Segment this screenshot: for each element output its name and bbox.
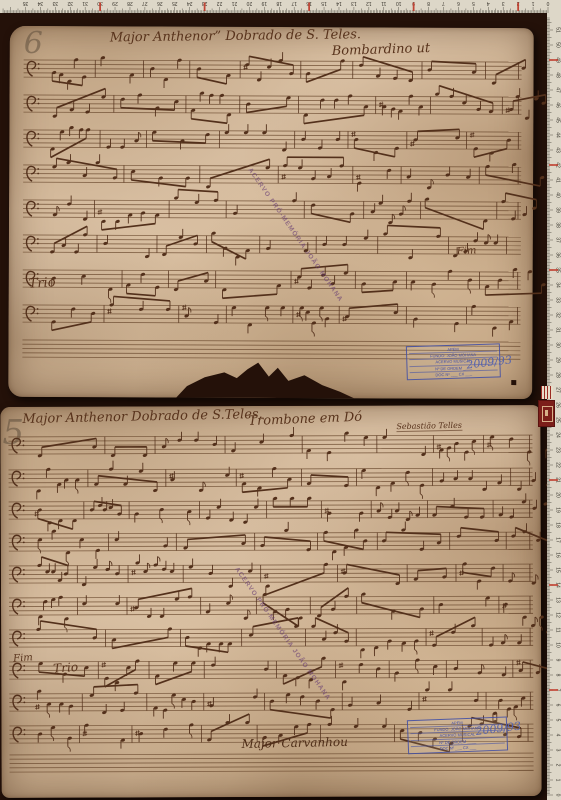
manuscript-page-bottom: 5 Major Anthenor Dobrado de S.Teles. Tro… [0, 405, 541, 798]
staff-system [6, 426, 534, 462]
ink-dot [511, 380, 516, 385]
svg-text:22: 22 [217, 0, 223, 6]
staff-system [7, 651, 535, 687]
svg-text:28: 28 [127, 0, 133, 6]
svg-text:25: 25 [172, 0, 178, 6]
svg-text:2: 2 [555, 764, 561, 767]
svg-text:8: 8 [555, 674, 561, 677]
top-ruler: 0123456789101112131415161718192021222324… [0, 0, 561, 13]
svg-text:40: 40 [555, 192, 561, 198]
svg-text:28: 28 [555, 372, 561, 378]
svg-text:46: 46 [555, 102, 561, 108]
svg-text:10: 10 [396, 0, 402, 6]
svg-text:37: 37 [555, 237, 561, 243]
page-title: Major Anthenor” Dobrado de S. Teles. [110, 27, 361, 45]
staff-system [7, 459, 535, 495]
svg-text:7: 7 [442, 0, 445, 6]
svg-text:34: 34 [37, 0, 43, 6]
svg-text:8: 8 [427, 0, 430, 6]
svg-text:13: 13 [555, 597, 561, 603]
svg-text:6: 6 [555, 704, 561, 707]
svg-text:17: 17 [291, 0, 297, 6]
svg-text:29: 29 [112, 0, 118, 6]
svg-text:4: 4 [487, 0, 490, 6]
svg-text:38: 38 [555, 222, 561, 228]
svg-text:1: 1 [531, 0, 534, 6]
svg-text:18: 18 [555, 522, 561, 528]
fim-label: Fim [456, 245, 476, 257]
svg-text:19: 19 [261, 0, 267, 6]
svg-text:51: 51 [555, 27, 561, 33]
svg-text:39: 39 [555, 207, 561, 213]
svg-text:33: 33 [52, 0, 58, 6]
svg-text:15: 15 [555, 567, 561, 573]
svg-text:20: 20 [246, 0, 252, 6]
trio-label: Trio [53, 660, 79, 676]
svg-text:50: 50 [555, 42, 561, 48]
svg-text:18: 18 [276, 0, 282, 6]
svg-text:10: 10 [555, 642, 561, 648]
svg-text:16: 16 [555, 552, 561, 558]
staff-system [7, 555, 535, 591]
svg-text:23: 23 [555, 447, 561, 453]
svg-text:44: 44 [555, 132, 561, 138]
svg-text:34: 34 [555, 282, 561, 288]
svg-text:0: 0 [546, 0, 549, 6]
footer-signature: Major Carvanhou [241, 735, 348, 751]
logo-emblem [538, 400, 555, 427]
svg-text:30: 30 [555, 342, 561, 348]
svg-text:3: 3 [555, 749, 561, 752]
logo-barcode [541, 386, 553, 399]
staff-system [7, 491, 535, 527]
music-staves [0, 405, 540, 407]
svg-text:22: 22 [555, 462, 561, 468]
svg-text:11: 11 [381, 0, 386, 6]
svg-text:4: 4 [555, 734, 561, 737]
manuscript-page-top: 6 Major Anthenor” Dobrado de S. Teles. B… [8, 26, 534, 399]
svg-text:14: 14 [336, 0, 342, 6]
svg-text:15: 15 [321, 0, 327, 6]
svg-text:17: 17 [555, 537, 561, 543]
svg-text:12: 12 [366, 0, 372, 6]
svg-text:19: 19 [555, 507, 561, 513]
svg-text:13: 13 [351, 0, 357, 6]
svg-text:21: 21 [231, 0, 237, 6]
svg-text:48: 48 [555, 72, 561, 78]
staff-system [20, 296, 522, 332]
svg-text:43: 43 [555, 147, 561, 153]
fim-label: Fim [13, 652, 33, 664]
svg-text:9: 9 [555, 659, 561, 662]
svg-text:5: 5 [555, 719, 561, 722]
svg-text:5: 5 [472, 0, 475, 6]
svg-text:0: 0 [555, 794, 561, 797]
staff-system [21, 226, 523, 262]
staff-system [21, 261, 523, 297]
svg-text:24: 24 [555, 432, 561, 438]
svg-text:12: 12 [555, 612, 561, 618]
svg-text:26: 26 [157, 0, 163, 6]
svg-text:24: 24 [187, 0, 193, 6]
svg-text:32: 32 [67, 0, 73, 6]
svg-text:32: 32 [555, 312, 561, 318]
staff-system [21, 86, 523, 122]
svg-text:3: 3 [502, 0, 505, 6]
svg-text:33: 33 [555, 297, 561, 303]
svg-text:31: 31 [555, 327, 561, 333]
svg-text:35: 35 [22, 0, 28, 6]
staff-system [21, 156, 523, 192]
svg-text:6: 6 [457, 0, 460, 6]
svg-text:11: 11 [555, 627, 561, 632]
svg-text:47: 47 [555, 87, 561, 93]
red-archive-logo [538, 386, 556, 428]
trio-label: Trio [28, 275, 56, 292]
svg-text:20: 20 [555, 492, 561, 498]
photograph-of-manuscripts: 0123456789101112131415161718192021222324… [0, 0, 561, 800]
staff-system [7, 523, 535, 559]
svg-text:27: 27 [142, 0, 148, 6]
staff-system [7, 683, 535, 719]
svg-text:45: 45 [555, 117, 561, 123]
svg-text:36: 36 [555, 252, 561, 258]
page-title: Major Anthenor Dobrado de S.Teles. [22, 407, 263, 427]
staff-system [22, 51, 524, 87]
svg-text:41: 41 [555, 177, 561, 183]
svg-text:31: 31 [82, 0, 88, 6]
staff-system [21, 121, 523, 157]
svg-text:1: 1 [555, 779, 561, 782]
svg-text:29: 29 [555, 357, 561, 363]
